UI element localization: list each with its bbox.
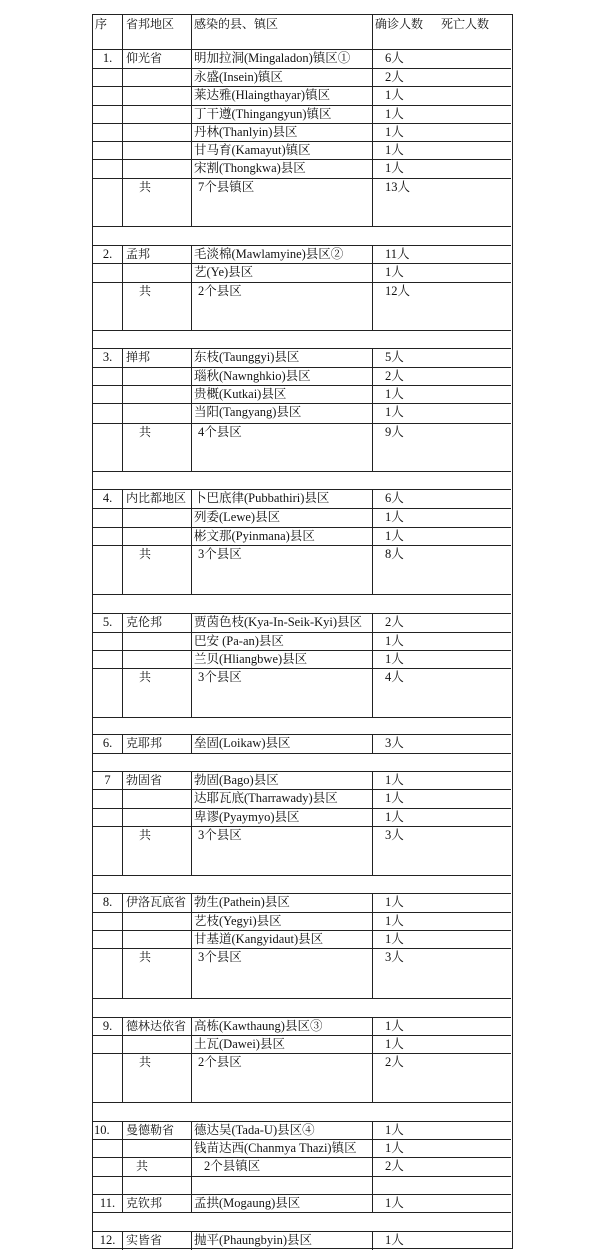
district-name: 勃生(Pathein)县区 bbox=[191, 894, 372, 912]
separator-row bbox=[93, 1177, 511, 1195]
confirmed-count: 1人 bbox=[372, 404, 511, 423]
table-row: 12. 实皆省 抛平(Phaungbyin)县区 1人 bbox=[93, 1232, 511, 1250]
confirmed-count: 1人 bbox=[372, 790, 511, 808]
total-row: 共 2个县镇区 2人 bbox=[93, 1158, 511, 1177]
district-name: 巴安 (Pa-an)县区 bbox=[191, 633, 372, 650]
district-name: 丹林(Thanlyin)县区 bbox=[191, 124, 372, 142]
header-deaths: 死亡人数 bbox=[441, 17, 489, 31]
confirmed-count: 1人 bbox=[372, 1122, 511, 1139]
total-confirmed: 3人 bbox=[372, 949, 511, 998]
district-name: 甘基道(Kangyidaut)县区 bbox=[191, 931, 372, 948]
table-row: 艺枝(Yegyi)县区 1人 bbox=[93, 913, 511, 931]
table-row: 莱达雅(Hlaingthayar)镇区 1人 bbox=[93, 87, 511, 106]
confirmed-count: 2人 bbox=[372, 69, 511, 87]
total-districts: 2个县区 bbox=[191, 283, 372, 330]
total-districts: 7个县镇区 bbox=[191, 179, 372, 227]
table-row: 1. 仰光省 明加拉洞(Mingaladon)镇区① 6人 bbox=[93, 50, 511, 69]
table-row: 列委(Lewe)县区 1人 bbox=[93, 509, 511, 528]
total-confirmed: 13人 bbox=[372, 179, 511, 227]
confirmed-count: 1人 bbox=[372, 386, 511, 403]
total-label: 共 bbox=[122, 827, 191, 875]
section-index: 6. bbox=[93, 735, 122, 753]
district-name: 东枝(Taunggyi)县区 bbox=[191, 349, 372, 367]
region-name: 伊洛瓦底省 bbox=[122, 894, 191, 912]
total-label: 共 bbox=[122, 669, 191, 717]
district-name: 丁干遵(Thingangyun)镇区 bbox=[191, 106, 372, 123]
confirmed-count: 2人 bbox=[372, 368, 511, 385]
table-row: 甘马育(Kamayut)镇区 1人 bbox=[93, 142, 511, 160]
table-row: 土瓦(Dawei)县区 1人 bbox=[93, 1036, 511, 1054]
district-name: 达耶瓦底(Tharrawady)县区 bbox=[191, 790, 372, 808]
region-name: 孟邦 bbox=[122, 246, 191, 263]
table-row: 6. 克耶邦 垒固(Loikaw)县区 3人 bbox=[93, 735, 511, 754]
header-index: 序 bbox=[93, 15, 122, 49]
total-row: 共 3个县区 4人 bbox=[93, 669, 511, 718]
separator-row bbox=[93, 718, 511, 735]
table-row: 卑谬(Pyaymyo)县区 1人 bbox=[93, 809, 511, 827]
section-index: 1. bbox=[93, 50, 122, 68]
separator-row bbox=[93, 595, 511, 614]
confirmed-count: 1人 bbox=[372, 633, 511, 650]
confirmed-count: 1人 bbox=[372, 651, 511, 668]
section-index: 7 bbox=[93, 772, 122, 789]
total-districts: 3个县区 bbox=[191, 949, 372, 998]
region-name: 勃固省 bbox=[122, 772, 191, 789]
total-districts: 3个县区 bbox=[191, 546, 372, 594]
confirmed-count: 11人 bbox=[372, 246, 511, 263]
confirmed-count: 1人 bbox=[372, 894, 511, 912]
total-districts: 2个县区 bbox=[191, 1054, 372, 1102]
district-name: 高栋(Kawthaung)县区③ bbox=[191, 1018, 372, 1035]
district-name: 莱达雅(Hlaingthayar)镇区 bbox=[191, 87, 372, 105]
district-name: 孟拱(Mogaung)县区 bbox=[191, 1195, 372, 1212]
district-name: 明加拉洞(Mingaladon)镇区① bbox=[191, 50, 372, 68]
confirmed-count: 1人 bbox=[372, 87, 511, 105]
section-index: 2. bbox=[93, 246, 122, 263]
total-confirmed: 2人 bbox=[372, 1158, 511, 1176]
total-districts: 3个县区 bbox=[191, 827, 372, 875]
district-name: 卑谬(Pyaymyo)县区 bbox=[191, 809, 372, 826]
district-name: 瑙秋(Nawnghkio)县区 bbox=[191, 368, 372, 385]
total-label: 共 bbox=[122, 283, 191, 330]
confirmed-count: 6人 bbox=[372, 50, 511, 68]
section-index: 10. bbox=[93, 1122, 122, 1139]
total-label: 共 bbox=[122, 949, 191, 998]
separator-row bbox=[93, 472, 511, 490]
total-confirmed: 4人 bbox=[372, 669, 511, 717]
district-name: 钱苗达西(Chanmya Thazi)镇区 bbox=[191, 1140, 372, 1157]
total-row: 共 7个县镇区 13人 bbox=[93, 179, 511, 228]
separator-row bbox=[93, 876, 511, 894]
table-row: 5. 克伦邦 贾茵色枝(Kya-In-Seik-Kyi)县区 2人 bbox=[93, 614, 511, 633]
table-row: 8. 伊洛瓦底省 勃生(Pathein)县区 1人 bbox=[93, 894, 511, 913]
table-row: 永盛(Insein)镇区 2人 bbox=[93, 69, 511, 88]
district-name: 永盛(Insein)镇区 bbox=[191, 69, 372, 87]
confirmed-count: 3人 bbox=[372, 735, 511, 753]
confirmed-count: 1人 bbox=[372, 1018, 511, 1035]
total-label: 共 bbox=[122, 546, 191, 594]
table-row: 4. 内比都地区 卜巴底律(Pubbathiri)县区 6人 bbox=[93, 490, 511, 509]
confirmed-count: 1人 bbox=[372, 931, 511, 948]
separator-row bbox=[93, 331, 511, 349]
confirmed-count: 1人 bbox=[372, 1195, 511, 1212]
region-name: 克钦邦 bbox=[122, 1195, 191, 1212]
separator-row bbox=[93, 227, 511, 246]
section-index: 9. bbox=[93, 1018, 122, 1035]
confirmed-count: 1人 bbox=[372, 160, 511, 178]
section-index: 8. bbox=[93, 894, 122, 912]
confirmed-count: 1人 bbox=[372, 1140, 511, 1157]
total-confirmed: 3人 bbox=[372, 827, 511, 875]
total-label: 共 bbox=[122, 1158, 191, 1176]
district-name: 当阳(Tangyang)县区 bbox=[191, 404, 372, 423]
header-region: 省邦地区 bbox=[122, 15, 191, 49]
table-row: 甘基道(Kangyidaut)县区 1人 bbox=[93, 931, 511, 949]
confirmed-count: 2人 bbox=[372, 614, 511, 632]
district-name: 艺枝(Yegyi)县区 bbox=[191, 913, 372, 930]
confirmed-count: 5人 bbox=[372, 349, 511, 367]
section-index: 12. bbox=[93, 1232, 122, 1250]
district-name: 彬文那(Pyinmana)县区 bbox=[191, 528, 372, 545]
separator-row bbox=[93, 1213, 511, 1232]
table-row: 7 勃固省 勃固(Bago)县区 1人 bbox=[93, 772, 511, 790]
header-confirmed: 确诊人数 bbox=[375, 17, 423, 31]
confirmed-count: 1人 bbox=[372, 528, 511, 545]
confirmed-count: 1人 bbox=[372, 772, 511, 789]
total-label: 共 bbox=[122, 179, 191, 227]
region-name: 克耶邦 bbox=[122, 735, 191, 753]
section-index: 3. bbox=[93, 349, 122, 367]
total-row: 共 4个县区 9人 bbox=[93, 424, 511, 472]
separator-row bbox=[93, 1103, 511, 1122]
table-row: 当阳(Tangyang)县区 1人 bbox=[93, 404, 511, 424]
total-row: 共 2个县区 12人 bbox=[93, 283, 511, 331]
separator-row bbox=[93, 754, 511, 772]
district-name: 贾茵色枝(Kya-In-Seik-Kyi)县区 bbox=[191, 614, 372, 632]
district-name: 抛平(Phaungbyin)县区 bbox=[191, 1232, 372, 1250]
district-name: 卜巴底律(Pubbathiri)县区 bbox=[191, 490, 372, 508]
total-confirmed: 8人 bbox=[372, 546, 511, 594]
total-row: 共 3个县区 3人 bbox=[93, 827, 511, 876]
confirmed-count: 1人 bbox=[372, 809, 511, 826]
confirmed-count: 1人 bbox=[372, 1232, 511, 1250]
district-name: 甘马育(Kamayut)镇区 bbox=[191, 142, 372, 159]
total-confirmed: 12人 bbox=[372, 283, 511, 330]
district-name: 艺(Ye)县区 bbox=[191, 264, 372, 282]
table-row: 丁干遵(Thingangyun)镇区 1人 bbox=[93, 106, 511, 124]
separator-row bbox=[93, 999, 511, 1018]
covid-cases-table: 序 省邦地区 感染的县、镇区 确诊人数死亡人数 1. 仰光省 明加拉洞(Ming… bbox=[92, 14, 513, 1249]
confirmed-count: 1人 bbox=[372, 509, 511, 527]
table-row: 11. 克钦邦 孟拱(Mogaung)县区 1人 bbox=[93, 1195, 511, 1213]
confirmed-count: 1人 bbox=[372, 124, 511, 142]
region-name: 克伦邦 bbox=[122, 614, 191, 632]
region-name: 实皆省 bbox=[122, 1232, 191, 1250]
table-row: 宋割(Thongkwa)县区 1人 bbox=[93, 160, 511, 179]
section-index: 11. bbox=[93, 1195, 122, 1212]
district-name: 土瓦(Dawei)县区 bbox=[191, 1036, 372, 1053]
region-name: 内比都地区 bbox=[122, 490, 191, 508]
table-row: 达耶瓦底(Tharrawady)县区 1人 bbox=[93, 790, 511, 809]
confirmed-count: 1人 bbox=[372, 264, 511, 282]
total-districts: 3个县区 bbox=[191, 669, 372, 717]
table-header: 序 省邦地区 感染的县、镇区 确诊人数死亡人数 bbox=[93, 15, 511, 50]
region-name: 曼德勒省 bbox=[122, 1122, 191, 1139]
table-row: 9. 德林达依省 高栋(Kawthaung)县区③ 1人 bbox=[93, 1018, 511, 1036]
district-name: 兰贝(Hliangbwe)县区 bbox=[191, 651, 372, 668]
table-row: 钱苗达西(Chanmya Thazi)镇区 1人 bbox=[93, 1140, 511, 1158]
total-districts: 4个县区 bbox=[191, 424, 372, 471]
total-label: 共 bbox=[122, 424, 191, 471]
header-district: 感染的县、镇区 bbox=[191, 15, 372, 49]
region-name: 德林达依省 bbox=[122, 1018, 191, 1035]
district-name: 毛淡棉(Mawlamyine)县区② bbox=[191, 246, 372, 263]
table-row: 艺(Ye)县区 1人 bbox=[93, 264, 511, 283]
total-confirmed: 9人 bbox=[372, 424, 511, 471]
total-districts: 2个县镇区 bbox=[191, 1158, 372, 1176]
region-name: 仰光省 bbox=[122, 50, 191, 68]
confirmed-count: 1人 bbox=[372, 106, 511, 123]
district-name: 德达吴(Tada-U)县区④ bbox=[191, 1122, 372, 1139]
section-index: 4. bbox=[93, 490, 122, 508]
district-name: 垒固(Loikaw)县区 bbox=[191, 735, 372, 753]
table-row: 贵概(Kutkai)县区 1人 bbox=[93, 386, 511, 404]
confirmed-count: 6人 bbox=[372, 490, 511, 508]
total-label: 共 bbox=[122, 1054, 191, 1102]
district-name: 宋割(Thongkwa)县区 bbox=[191, 160, 372, 178]
confirmed-count: 1人 bbox=[372, 142, 511, 159]
table-row: 巴安 (Pa-an)县区 1人 bbox=[93, 633, 511, 651]
table-row: 2. 孟邦 毛淡棉(Mawlamyine)县区② 11人 bbox=[93, 246, 511, 264]
region-name: 掸邦 bbox=[122, 349, 191, 367]
table-row: 彬文那(Pyinmana)县区 1人 bbox=[93, 528, 511, 546]
section-index: 5. bbox=[93, 614, 122, 632]
table-row: 兰贝(Hliangbwe)县区 1人 bbox=[93, 651, 511, 669]
total-row: 共 2个县区 2人 bbox=[93, 1054, 511, 1103]
table-row: 10. 曼德勒省 德达吴(Tada-U)县区④ 1人 bbox=[93, 1122, 511, 1140]
confirmed-count: 1人 bbox=[372, 913, 511, 930]
header-counts: 确诊人数死亡人数 bbox=[372, 15, 511, 49]
table-row: 瑙秋(Nawnghkio)县区 2人 bbox=[93, 368, 511, 386]
district-name: 贵概(Kutkai)县区 bbox=[191, 386, 372, 403]
district-name: 勃固(Bago)县区 bbox=[191, 772, 372, 789]
confirmed-count: 1人 bbox=[372, 1036, 511, 1053]
total-row: 共 3个县区 3人 bbox=[93, 949, 511, 999]
district-name: 列委(Lewe)县区 bbox=[191, 509, 372, 527]
table-row: 丹林(Thanlyin)县区 1人 bbox=[93, 124, 511, 143]
total-confirmed: 2人 bbox=[372, 1054, 511, 1102]
table-row: 3. 掸邦 东枝(Taunggyi)县区 5人 bbox=[93, 349, 511, 368]
total-row: 共 3个县区 8人 bbox=[93, 546, 511, 595]
